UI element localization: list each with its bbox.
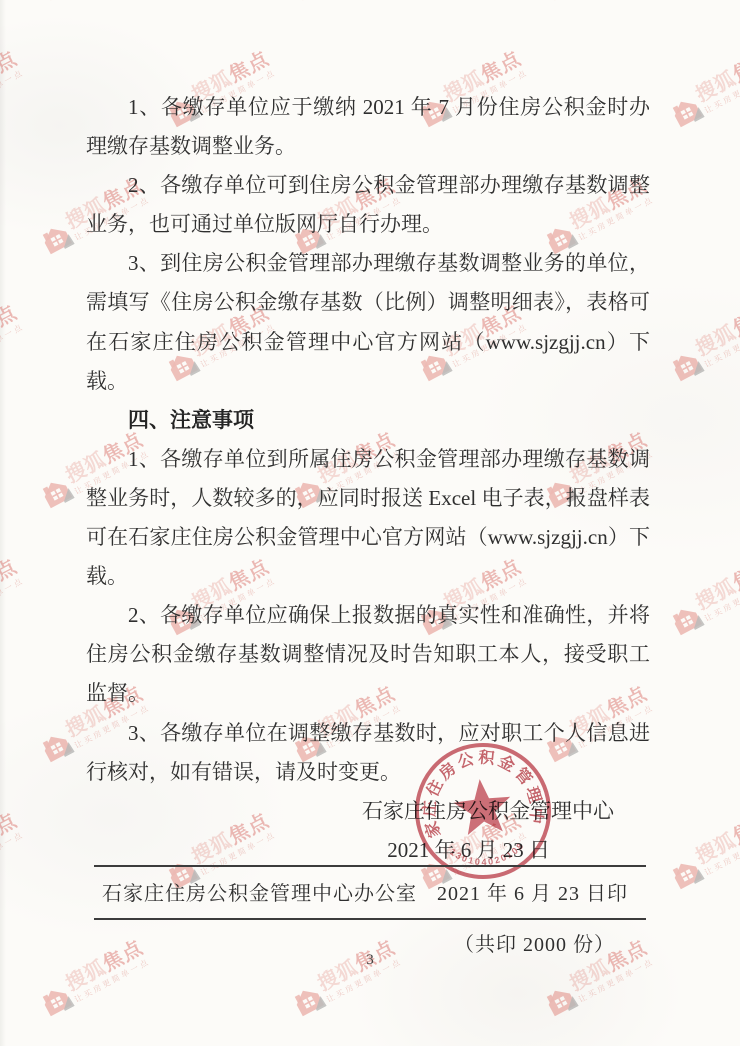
watermark-brand: 搜狐焦点 <box>0 557 20 614</box>
footer-issuer-office: 石家庄住房公积金管理中心办公室 <box>102 877 417 906</box>
sohu-focus-watermark: 搜狐焦点 让买房更简单一点 <box>665 557 740 638</box>
signature: 石家庄住房公积金管理中心 <box>86 792 650 831</box>
sohu-focus-watermark: 搜狐焦点 让买房更简单一点 <box>0 49 26 130</box>
watermark-tagline: 让买房更简单一点 <box>704 831 740 877</box>
footer-rule-bottom <box>94 918 646 920</box>
watermark-text: 搜狐焦点 让买房更简单一点 <box>315 938 404 1005</box>
watermark-text: 搜狐焦点 让买房更简单一点 <box>693 557 740 624</box>
sohu-focus-watermark: 搜狐焦点 让买房更简单一点 <box>539 0 655 3</box>
paragraph-1: 1、各缴存单位应于缴纳 2021 年 7 月份住房公积金时办理缴存基数调整业务。 <box>86 88 650 166</box>
note-3: 3、各缴存单位在调整缴存基数时，应对职工个人信息进行核对，如有错误，请及时变更。 <box>86 714 650 792</box>
watermark-brand: 搜狐焦点 <box>693 557 740 614</box>
paragraph-3: 3、到住房公积金管理部办理缴存基数调整业务的单位，需填写《住房公积金缴存基数（比… <box>86 244 650 400</box>
sohu-focus-watermark: 搜狐焦点 让买房更简单一点 <box>287 0 403 3</box>
house-icon <box>38 729 75 765</box>
sohu-focus-watermark: 搜狐焦点 让买房更简单一点 <box>35 0 151 3</box>
watermark-brand: 搜狐焦点 <box>693 811 740 868</box>
sohu-focus-watermark: 搜狐焦点 让买房更简单一点 <box>35 938 151 1019</box>
watermark-text: 搜狐焦点 让买房更简单一点 <box>0 49 26 116</box>
document-body: 1、各缴存单位应于缴纳 2021 年 7 月份住房公积金时办理缴存基数调整业务。… <box>86 88 650 870</box>
watermark-text: 搜狐焦点 让买房更简单一点 <box>693 811 740 878</box>
sohu-focus-watermark: 搜狐焦点 让买房更简单一点 <box>665 49 740 130</box>
house-icon <box>542 0 579 3</box>
house-icon <box>668 602 705 638</box>
sohu-focus-watermark: 搜狐焦点 让买房更简单一点 <box>0 303 26 384</box>
watermark-text: 搜狐焦点 让买房更简单一点 <box>0 811 26 878</box>
watermark-tagline: 让买房更简单一点 <box>0 69 26 115</box>
watermark-text: 搜狐焦点 让买房更简单一点 <box>693 303 740 370</box>
watermark-tagline: 让买房更简单一点 <box>0 831 26 877</box>
sohu-focus-watermark: 搜狐焦点 让买房更简单一点 <box>0 811 26 892</box>
sohu-focus-watermark: 搜狐焦点 让买房更简单一点 <box>0 557 26 638</box>
house-icon <box>38 0 75 3</box>
watermark-tagline: 让买房更简单一点 <box>0 577 26 623</box>
section-heading: 四、注意事项 <box>86 401 650 440</box>
house-icon <box>668 856 705 892</box>
house-icon <box>38 475 75 511</box>
house-icon <box>290 983 327 1019</box>
sohu-focus-watermark: 搜狐焦点 让买房更简单一点 <box>665 303 740 384</box>
watermark-brand: 搜狐焦点 <box>0 303 20 360</box>
house-icon <box>38 983 75 1019</box>
footer-row: 石家庄住房公积金管理中心办公室 2021 年 6 月 23 日印 <box>94 877 646 907</box>
watermark-text: 搜狐焦点 让买房更简单一点 <box>0 303 26 370</box>
house-icon <box>668 94 705 130</box>
house-icon <box>290 0 327 3</box>
watermark-text: 搜狐焦点 让买房更简单一点 <box>63 938 152 1005</box>
house-icon <box>38 221 75 257</box>
house-icon <box>542 983 579 1019</box>
note-1: 1、各缴存单位到所属住房公积金管理部办理缴存基数调整业务时，人数较多的，应同时报… <box>86 440 650 596</box>
watermark-brand: 搜狐焦点 <box>693 49 740 106</box>
watermark-text: 搜狐焦点 让买房更简单一点 <box>693 49 740 116</box>
watermark-brand: 搜狐焦点 <box>0 811 20 868</box>
house-icon <box>668 348 705 384</box>
footer-rule-top <box>94 865 646 867</box>
watermark-tagline: 让买房更简单一点 <box>704 323 740 369</box>
sohu-focus-watermark: 搜狐焦点 让买房更简单一点 <box>287 938 403 1019</box>
sohu-focus-watermark: 搜狐焦点 让买房更简单一点 <box>665 811 740 892</box>
watermark-tagline: 让买房更简单一点 <box>704 69 740 115</box>
signature-date: 2021 年 6 月 23 日 <box>86 831 650 870</box>
watermark-tagline: 让买房更简单一点 <box>0 323 26 369</box>
watermark-brand: 搜狐焦点 <box>0 49 20 106</box>
page-number: 3 <box>0 952 740 969</box>
note-2: 2、各缴存单位应确保上报数据的真实性和准确性，并将住房公积金缴存基数调整情况及时… <box>86 596 650 713</box>
footer-print-date: 2021 年 6 月 23 日印 <box>437 877 628 906</box>
watermark-text: 搜狐焦点 让买房更简单一点 <box>0 557 26 624</box>
watermark-tagline: 让买房更简单一点 <box>704 577 740 623</box>
paragraph-2: 2、各缴存单位可到住房公积金管理部办理缴存基数调整业务，也可通过单位版网厅自行办… <box>86 166 650 244</box>
watermark-brand: 搜狐焦点 <box>693 303 740 360</box>
scanned-document-page: { "document": { "paragraphs": [ "1、各缴存单位… <box>0 0 740 1046</box>
